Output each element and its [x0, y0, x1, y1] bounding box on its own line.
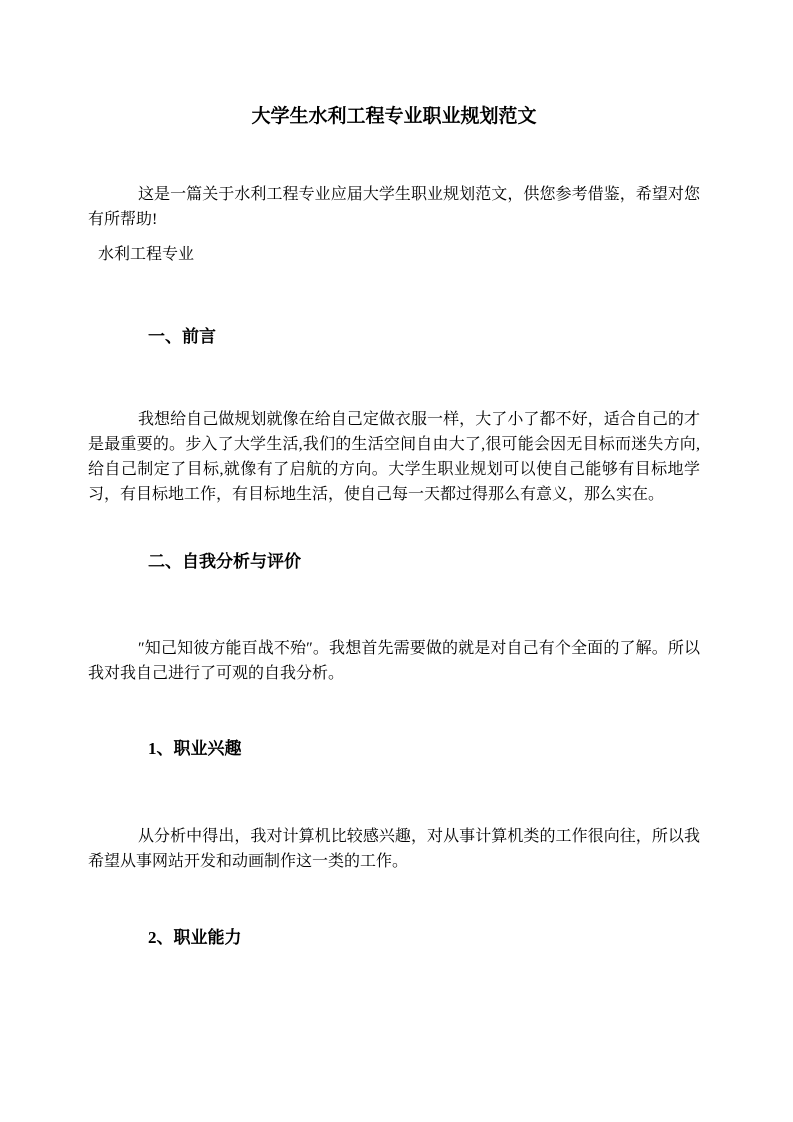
document-title: 大学生水利工程专业职业规划范文 [88, 104, 700, 130]
intro-paragraph: 这是一篇关于水利工程专业应届大学生职业规划范文，供您参考借鉴，希望对您有所帮助! [88, 182, 700, 232]
document-page: 大学生水利工程专业职业规划范文 这是一篇关于水利工程专业应届大学生职业规划范文，… [0, 0, 793, 1122]
section-heading-career-ability: 2、职业能力 [88, 925, 700, 951]
subtitle-major-name: 水利工程专业 [88, 242, 700, 267]
paragraph-career-interest: 从分析中得出，我对计算机比较感兴趣，对从事计算机类的工作很向往，所以我希望从事网… [88, 824, 700, 874]
section-heading-foreword: 一、前言 [88, 324, 700, 350]
document-content: 大学生水利工程专业职业规划范文 这是一篇关于水利工程专业应届大学生职业规划范文，… [0, 0, 793, 951]
section-heading-self-analysis: 二、自我分析与评价 [88, 549, 700, 575]
paragraph-foreword: 我想给自己做规划就像在给自己定做衣服一样，大了小了都不好，适合自己的才是最重要的… [88, 407, 700, 507]
paragraph-self-analysis: ″知己知彼方能百战不殆″。我想首先需要做的就是对自己有个全面的了解。所以我对我自… [88, 636, 700, 686]
section-heading-career-interest: 1、职业兴趣 [88, 736, 700, 762]
